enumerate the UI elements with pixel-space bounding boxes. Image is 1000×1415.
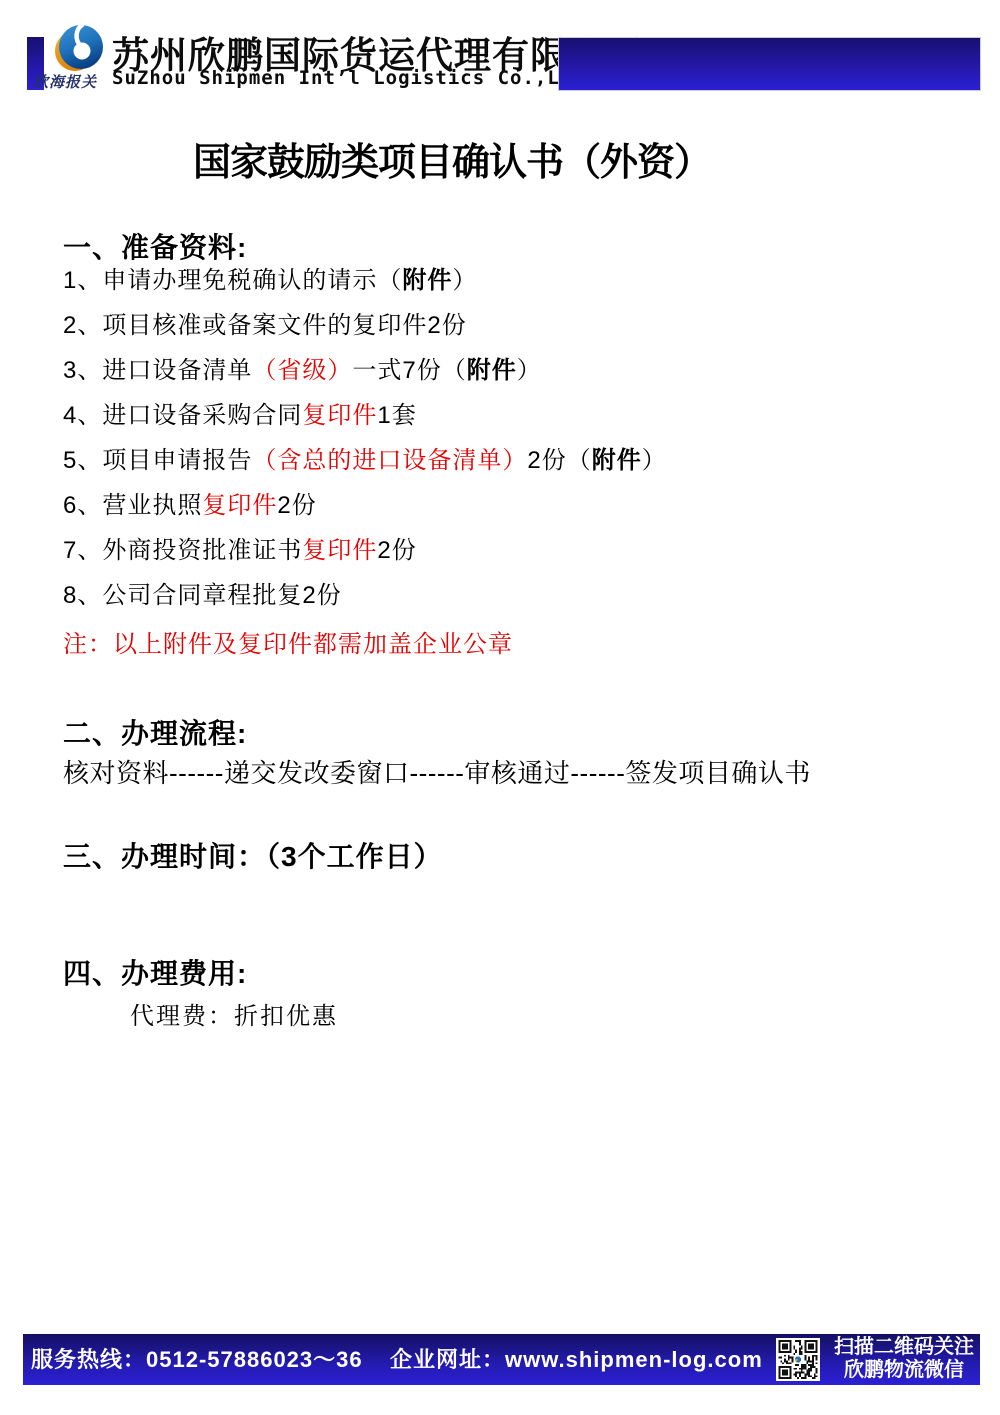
prepare-note: 注：以上附件及复印件都需加盖企业公章 [63,622,513,667]
list-item: 1、申请办理免税确认的请示（附件） [63,258,667,303]
qr-code-icon [776,1338,820,1381]
list-item: 7、外商投资批准证书复印件2份 [63,528,667,573]
prepare-list: 1、申请办理免税确认的请示（附件） 2、项目核准或备案文件的复印件2份 3、进口… [63,258,667,618]
qr-caption-line2: 欣鹏物流微信 [829,1359,979,1382]
company-website: 企业网址：www.shipmen-log.com [390,1334,763,1385]
section-heading-time: 三、办理时间：（3个工作日） [63,835,443,875]
fee-detail-text: 代理费：折扣优惠 [130,996,338,1031]
process-flow-text: 核对资料------递交发改委窗口------审核通过------签发项目确认书 [63,753,811,790]
list-item: 6、营业执照复印件2份 [63,483,667,528]
list-item: 8、公司合同章程批复2份 [63,573,667,618]
page-title: 国家鼓励类项目确认书（外资） [63,131,841,186]
qr-caption-line1: 扫描二维码关注 [829,1336,979,1359]
document-page: 欣海报关 苏州欣鹏国际货运代理有限公司 SuZhou Shipmen Int’l… [0,0,1000,1415]
logo-caption: 欣海报关 [33,71,105,92]
section-heading-process: 二、办理流程: [63,712,247,752]
qr-caption: 扫描二维码关注 欣鹏物流微信 [829,1336,979,1382]
list-item: 4、进口设备采购合同复印件1套 [63,393,667,438]
list-item: 2、项目核准或备案文件的复印件2份 [63,303,667,348]
list-item: 5、项目申请报告（含总的进口设备清单）2份（附件） [63,438,667,483]
company-name-en: SuZhou Shipmen Int’l Logistics Co.,Ltd [112,67,585,89]
company-logo-icon [53,22,103,72]
footer-bar: 服务热线：0512-57886023～36 企业网址：www.shipmen-l… [23,1334,980,1385]
list-item: 3、进口设备清单（省级）一式7份（附件） [63,348,667,393]
section-heading-fee: 四、办理费用: [63,952,247,992]
header-right-accent-bar [558,37,981,91]
service-hotline: 服务热线：0512-57886023～36 [31,1334,363,1385]
